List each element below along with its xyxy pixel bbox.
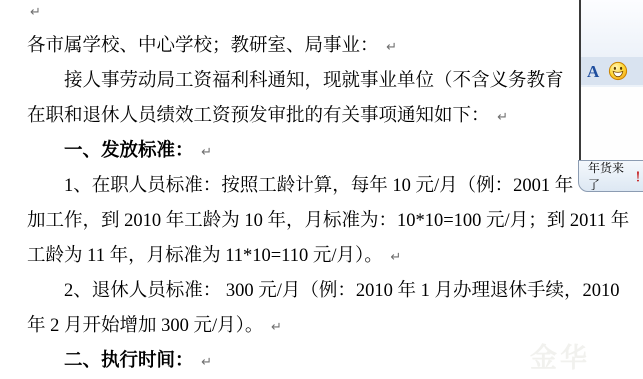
document-line: 1、在职人员标准：按照工龄计算，每年 10 元/月（例：2001 年	[0, 169, 643, 204]
document-body[interactable]: ↵ 各市属学校、中心学校；教研室、局事业： ↵ 接人事劳动局工资福利科通知，现就…	[0, 0, 643, 379]
document-line: ↵	[0, 0, 643, 29]
paragraph-mark-icon: ↵	[271, 320, 282, 335]
line-text: 年 2 月开始增加 300 元/月）。	[27, 316, 263, 336]
document-line: 一、发放标准： ↵	[0, 134, 643, 169]
smiley-emoji-icon[interactable]	[608, 61, 628, 81]
promo-tooltip[interactable]: 年货来了！	[578, 160, 643, 192]
chat-window-panel: A	[579, 0, 643, 161]
paragraph-mark-icon: ↵	[497, 110, 508, 125]
paragraph-mark-icon: ↵	[30, 5, 41, 20]
line-text: 2、退休人员标准： 300 元/月（例：2010 年 1 月办理退休手续，201…	[64, 281, 620, 301]
watermark-text: 金华	[530, 336, 590, 375]
line-text: 接人事劳动局工资福利科通知，现就事业单位（不含义务教育	[64, 71, 564, 91]
line-text: 在职和退休人员绩效工资预发审批的有关事项通知如下：	[27, 106, 490, 126]
line-text: 加工作，到 2010 年工龄为 10 年，月标准为：10*10=100 元/月；…	[27, 211, 629, 231]
promo-tooltip-exclamation: ！	[635, 168, 643, 185]
document-line: 2、退休人员标准： 300 元/月（例：2010 年 1 月办理退休手续，201…	[0, 274, 643, 309]
chat-input-area[interactable]	[581, 0, 643, 57]
font-color-button[interactable]: A	[587, 63, 599, 80]
line-text: 工龄为 11 年，月标准为 11*10=110 元/月）。	[27, 246, 383, 266]
document-line: 各市属学校、中心学校；教研室、局事业： ↵	[0, 29, 643, 64]
line-text: 各市属学校、中心学校；教研室、局事业：	[27, 36, 379, 56]
document-line: 工龄为 11 年，月标准为 11*10=110 元/月）。 ↵	[0, 239, 643, 274]
line-text: 1、在职人员标准：按照工龄计算，每年 10 元/月（例：2001 年	[64, 176, 573, 196]
document-line: 加工作，到 2010 年工龄为 10 年，月标准为：10*10=100 元/月；…	[0, 204, 643, 239]
promo-tooltip-text: 年货来了	[588, 159, 634, 193]
paragraph-mark-icon: ↵	[201, 355, 212, 370]
line-text: 一、发放标准：	[64, 141, 194, 161]
paragraph-mark-icon: ↵	[390, 250, 401, 265]
paragraph-mark-icon: ↵	[386, 40, 397, 55]
line-text: 二、执行时间：	[64, 351, 194, 371]
paragraph-mark-icon: ↵	[201, 145, 212, 160]
chat-format-toolbar: A	[581, 57, 643, 87]
document-line: 在职和退休人员绩效工资预发审批的有关事项通知如下： ↵	[0, 99, 643, 134]
document-line: 接人事劳动局工资福利科通知，现就事业单位（不含义务教育	[0, 64, 643, 99]
